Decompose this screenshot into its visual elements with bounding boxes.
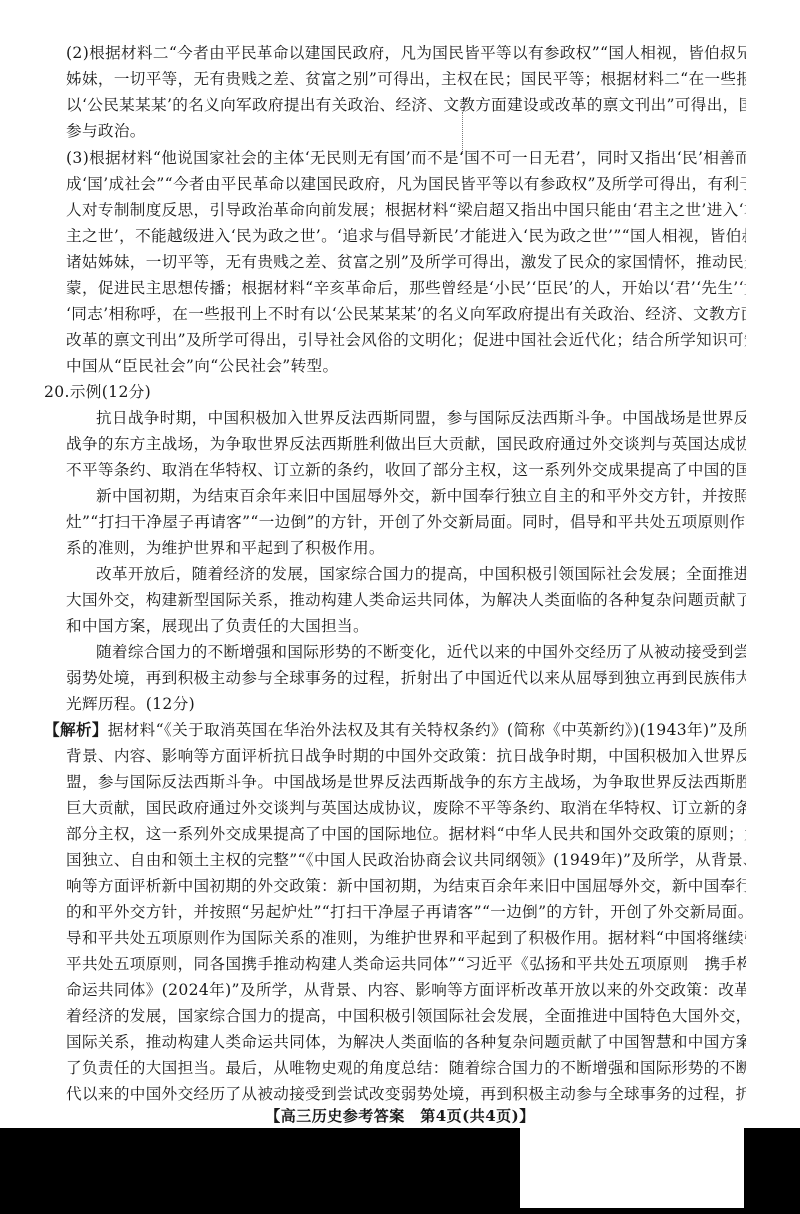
text-line: 代以来的中国外交经历了从被动接受到尝试改变弱势处境，再到积极主动参与全球事务的过…: [66, 1081, 746, 1107]
text-line: 大国外交，构建新型国际关系，推动构建人类命运共同体，为解决人类面临的各种复杂问题…: [66, 587, 746, 613]
text-line: (2)根据材料二“今者由平民革命以建国民政府，凡为国民皆平等以有参政权”“国人相…: [66, 40, 746, 66]
text-line: 参与政治。: [66, 118, 746, 144]
text-line: 的和平外交方针，并按照“另起炉灶”“打扫干净屋子再请客”“一边倒”的方针，开创了…: [66, 899, 746, 925]
text-line: 系的准则，为维护世界和平起到了积极作用。: [66, 535, 746, 561]
text-line: 命运共同体》(2024年)”及所学，从背景、内容、影响等方面评析改革开放以来的外…: [66, 977, 746, 1003]
text-line: 灶”“打扫干净屋子再请客”“一边倒”的方针，开创了外交新局面。同时，倡导和平共处…: [66, 509, 746, 535]
answer-sheet-page: (2)根据材料二“今者由平民革命以建国民政府，凡为国民皆平等以有参政权”“国人相…: [0, 0, 800, 1128]
text-line: 改革开放后，随着经济的发展，国家综合国力的提高，中国积极引领国际社会发展；全面推…: [96, 561, 746, 587]
text-line: 背景、内容、影响等方面评析抗日战争时期的中国外交政策：抗日战争时期，中国积极加入…: [66, 743, 746, 769]
text-line: 弱势处境，再到积极主动参与全球事务的过程，折射出了中国近代以来从屈辱到独立再到民…: [66, 665, 746, 691]
page-footer: 【高三历史参考答案 第4页(共4页)】: [0, 1106, 800, 1126]
analysis-first-line: 【解析】据材料“《关于取消英国在华治外法权及其有关特权条约》(简称《中英新约》)…: [44, 717, 746, 743]
text-line: 新中国初期，为结束百余年来旧中国屈辱外交，新中国奉行独立自主的和平外交方针，并按…: [96, 483, 746, 509]
text-line: 和中国方案，展现出了负责任的大国担当。: [66, 613, 746, 639]
text-line: 响等方面评析新中国初期的外交政策：新中国初期，为结束百余年来旧中国屈辱外交，新中…: [66, 873, 746, 899]
text-line: 不平等条约、取消在华特权、订立新的条约，收回了部分主权，这一系列外交成果提高了中…: [66, 457, 746, 483]
text-line: 盟，参与国际反法西斯斗争。中国战场是世界反法西斯战争的东方主战场，为争取世界反法…: [66, 769, 746, 795]
text-line: 抗日战争时期，中国积极加入世界反法西斯同盟，参与国际反法西斯斗争。中国战场是世界…: [96, 405, 746, 431]
text-line: 着经济的发展，国家综合国力的提高，中国积极引领国际社会发展，全面推进中国特色大国…: [66, 1003, 746, 1029]
text-line: 平共处五项原则，同各国携手推动构建人类命运共同体”“习近平《弘扬和平共处五项原则…: [66, 951, 746, 977]
text-line: 蒙，促进民主思想传播；根据材料“辛亥革命后，那些曾经是‘小民’‘臣民’的人，开始…: [66, 275, 746, 301]
text-line: 国际关系，推动构建人类命运共同体，为解决人类面临的各种复杂问题贡献了中国智慧和中…: [66, 1029, 746, 1055]
analysis-first-line-text: 据材料“《关于取消英国在华治外法权及其有关特权条约》(简称《中英新约》)(194…: [108, 721, 746, 739]
text-line: 主之世’，不能越级进入‘民为政之世’。‘追求与倡导新民’才能进入‘民为政之世’”…: [66, 223, 746, 249]
text-line: 导和平共处五项原则作为国际关系的准则，为维护世界和平起到了积极作用。据材料“中国…: [66, 925, 746, 951]
text-line: 了负责任的大国担当。最后，从唯物史观的角度总结：随着综合国力的不断增强和国际形势…: [66, 1055, 746, 1081]
text-line: 以‘公民某某某’的名义向军政府提出有关政治、经济、文教方面建设或改革的禀文刊出”…: [66, 92, 746, 118]
bottom-white-box: [520, 1128, 744, 1208]
text-line: 中国从“臣民社会”向“公民社会”转型。: [66, 353, 746, 379]
text-line: 改革的禀文刊出”及所学可得出，引导社会风俗的文明化；促进中国社会近代化；结合所学…: [66, 327, 746, 353]
analysis-label: 【解析】: [44, 720, 108, 739]
text-line: 战争的东方主战场，为争取世界反法西斯胜利做出巨大贡献，国民政府通过外交谈判与英国…: [66, 431, 746, 457]
text-line: 国独立、自由和领土主权的完整”“《中国人民政治协商会议共同纲领》(1949年)”…: [66, 847, 746, 873]
text-line: 随着综合国力的不断增强和国际形势的不断变化，近代以来的中国外交经历了从被动接受到…: [96, 639, 746, 665]
text-line: ‘同志’相称呼，在一些报刊上不时有以‘公民某某某’的名义向军政府提出有关政治、经…: [66, 301, 746, 327]
text-line: 光辉历程。(12分): [66, 691, 746, 717]
text-line: 姊妹，一切平等，无有贵贱之差、贫富之别”可得出，主权在民；国民平等；根据材料二“…: [66, 66, 746, 92]
text-line: 巨大贡献，国民政府通过外交谈判与英国达成协议，废除不平等条约、取消在华特权、订立…: [66, 795, 746, 821]
text-line: 成‘国’成社会”“今者由平民革命以建国民政府，凡为国民皆平等以有参政权”及所学可…: [66, 171, 746, 197]
text-line: (3)根据材料“他说国家社会的主体‘无民则无有国’而不是‘国不可一日无君’，同时…: [66, 145, 746, 171]
question-heading: 20.示例(12分): [44, 379, 724, 405]
text-line: 诸姑姊妹，一切平等，无有贵贱之差、贫富之别”及所学可得出，激发了民众的家国情怀，…: [66, 249, 746, 275]
text-line: 部分主权，这一系列外交成果提高了中国的国际地位。据材料“中华人民共和国外交政策的…: [66, 821, 746, 847]
text-line: 人对专制制度反思，引导政治革命向前发展；根据材料“梁启超又指出中国只能由‘君主之…: [66, 197, 746, 223]
